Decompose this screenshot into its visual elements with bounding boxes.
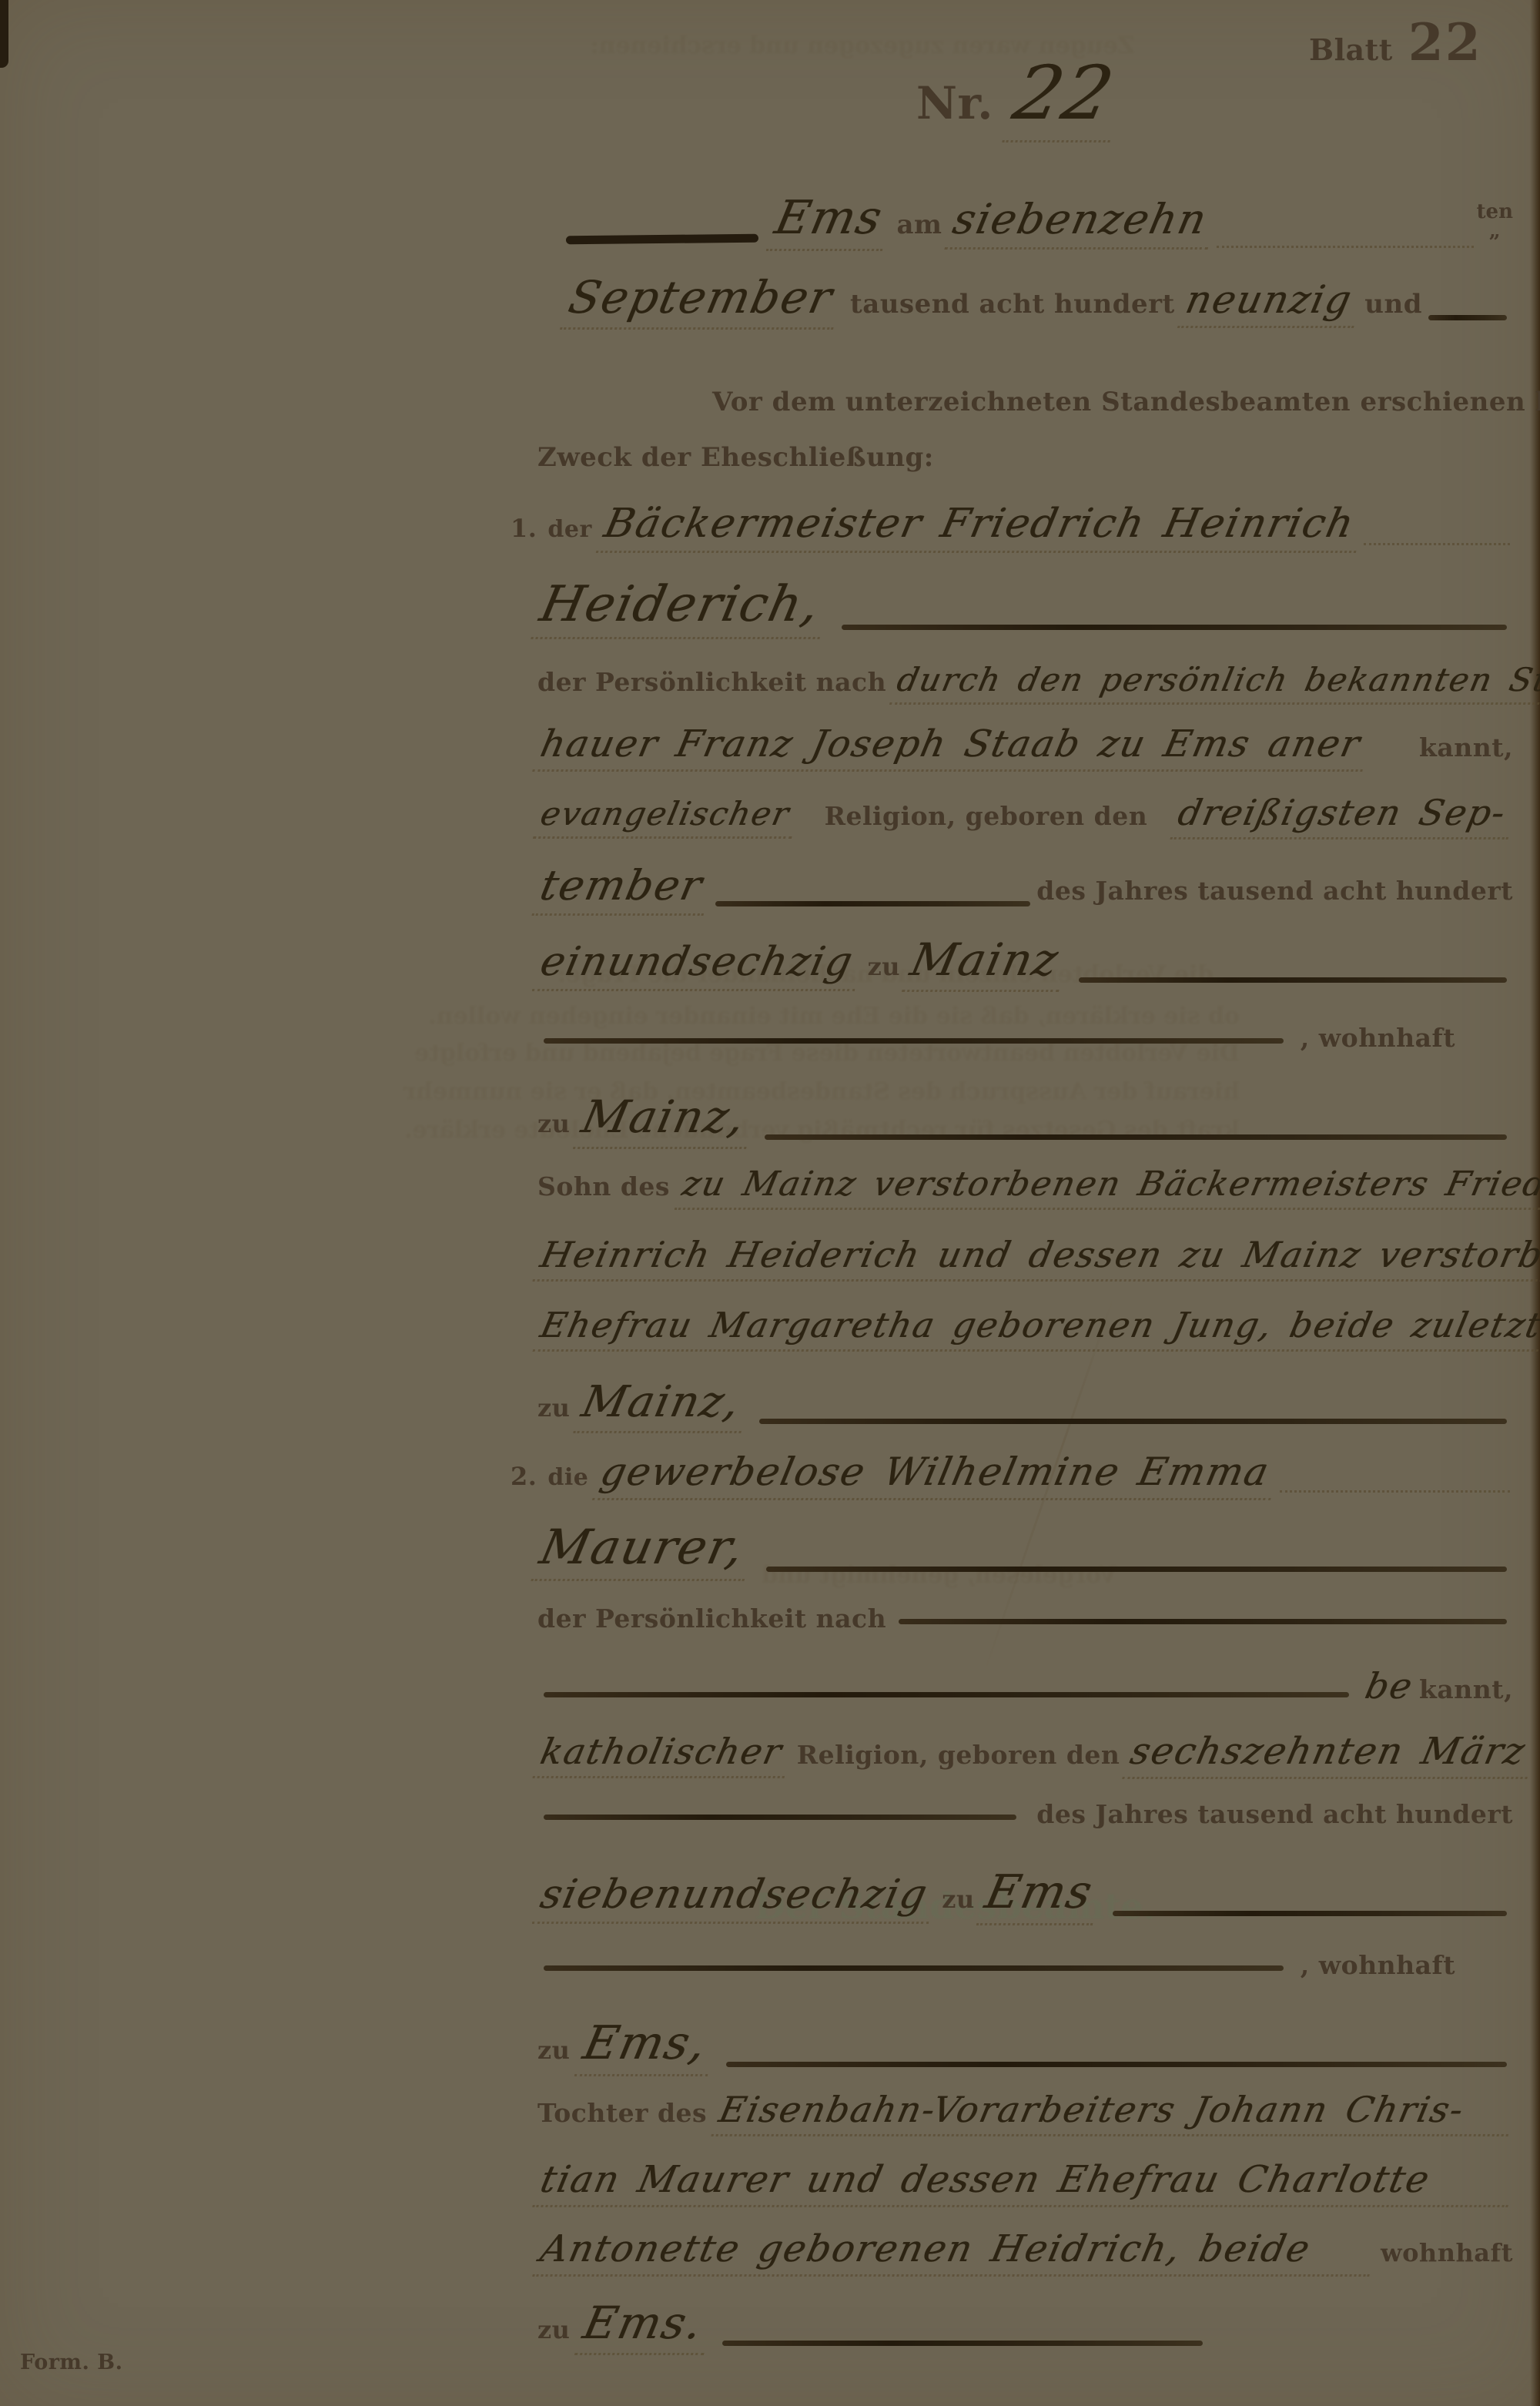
ink-fill-line bbox=[726, 2062, 1507, 2067]
groom-surname-line: Heiderich, bbox=[537, 576, 1513, 639]
bride-birth-place: Ems bbox=[976, 1865, 1105, 1925]
ink-fill-line bbox=[544, 1965, 1284, 1971]
zu-label: zu bbox=[942, 1885, 974, 1914]
bride-parents-text-3: Antonette geborenen Heidrich, beide bbox=[532, 2227, 1380, 2277]
wohnhaft-label: wohnhaft bbox=[1381, 2238, 1513, 2267]
groom-parents-text-2: Heinrich Heiderich und dessen zu Mainz v… bbox=[532, 1234, 1540, 1282]
ink-fill-line bbox=[544, 1038, 1284, 1044]
groom-identity-hand-2: hauer Franz Joseph Staab zu Ems aner bbox=[532, 722, 1372, 772]
identity-label: der Persönlichkeit nach bbox=[537, 667, 886, 697]
ink-fill-line bbox=[759, 1419, 1507, 1424]
kannt-label: kannt, bbox=[1419, 732, 1513, 762]
dotted-rule bbox=[1364, 543, 1510, 545]
year-label: des Jahres tausend acht hundert bbox=[1036, 876, 1513, 906]
opening-place-line: Ems am siebenzehn ten „ bbox=[566, 191, 1513, 256]
ink-fill-line bbox=[1079, 977, 1507, 983]
groom-wohnhaft-line: , wohnhaft bbox=[537, 1023, 1455, 1053]
am-label: am bbox=[896, 209, 942, 240]
record-number-line: Nr. 22 bbox=[916, 46, 1120, 142]
bride-residence: Ems, bbox=[574, 2016, 720, 2076]
ink-fill-line bbox=[899, 1619, 1507, 1624]
bride-parents-residence: Ems. bbox=[574, 2297, 716, 2355]
sheet-header: Blatt 22 bbox=[1309, 12, 1482, 72]
groom-religion-birth-line: evangelischer Religion, geboren den drei… bbox=[537, 792, 1513, 839]
zu-label: zu bbox=[537, 2036, 570, 2065]
ink-fill-line bbox=[544, 1815, 1016, 1820]
ink-fill-line bbox=[715, 901, 1030, 906]
groom-parents-text-3: Ehefrau Margaretha geborenen Jung, beide… bbox=[533, 1305, 1540, 1352]
religion-label: Religion, geboren den bbox=[825, 801, 1148, 831]
bride-identity-line-2: be kannt, bbox=[537, 1665, 1513, 1707]
year-label: des Jahres tausend acht hundert bbox=[1036, 1799, 1513, 1829]
zu-label: zu bbox=[868, 952, 900, 981]
intro-line-1: Vor dem unterzeichneten Standesbeamten e… bbox=[712, 387, 1513, 417]
intro-text-1: Vor dem unterzeichneten Standesbeamten e… bbox=[712, 387, 1540, 417]
year-decade-value: neunzig bbox=[1177, 277, 1364, 328]
bride-parents-line-3: Antonette geborenen Heidrich, beide wohn… bbox=[537, 2227, 1513, 2277]
groom-parents-line-3: Ehefrau Margaretha geborenen Jung, beide… bbox=[537, 1305, 1513, 1352]
groom-birth-place: Mainz bbox=[902, 933, 1072, 992]
bride-religion-birth-line: katholischer Religion, geboren den sechs… bbox=[537, 1730, 1513, 1779]
zu-label: zu bbox=[537, 1109, 570, 1138]
groom-occupation-names: Bäckermeister Friedrich Heinrich bbox=[596, 501, 1367, 553]
bride-religion: katholischer bbox=[532, 1731, 794, 1778]
registry-page: Zeugen waren zugezogen und erschienen: d… bbox=[0, 0, 1540, 2406]
bride-birth-year-place-line: siebenundsechzig zu Ems bbox=[537, 1865, 1513, 1925]
identity-label: der Persönlichkeit nach bbox=[537, 1603, 886, 1634]
record-number-label: Nr. bbox=[916, 77, 993, 129]
ink-fill-line bbox=[765, 1134, 1507, 1140]
month-value: September bbox=[560, 271, 845, 330]
dotted-rule bbox=[1280, 1490, 1510, 1493]
groom-identity-hand: durch den persönlich bekannten Stein- bbox=[889, 661, 1540, 705]
day-suffix: ten „ bbox=[1477, 203, 1513, 240]
groom-residence: Mainz, bbox=[573, 1091, 758, 1149]
groom-occupation-line: 1. der Bäckermeister Friedrich Heinrich bbox=[511, 501, 1513, 553]
day-value: siebenzehn bbox=[944, 195, 1219, 250]
ditto-mark: „ bbox=[1489, 222, 1501, 241]
ink-fill-line bbox=[766, 1567, 1507, 1572]
bride-index: 2. bbox=[511, 1462, 537, 1491]
groom-surname: Heiderich, bbox=[531, 576, 833, 639]
kannt-label: kannt, bbox=[1419, 1674, 1513, 1704]
bride-parents-residence-line: zu Ems. bbox=[537, 2297, 1209, 2355]
bride-occupation-line: 2. die gewerbelose Wilhelmine Emma bbox=[511, 1449, 1513, 1500]
groom-identity-line-2: hauer Franz Joseph Staab zu Ems aner kan… bbox=[537, 722, 1513, 772]
sheet-label: Blatt bbox=[1309, 32, 1393, 67]
bride-birth-year-label-line: des Jahres tausend acht hundert bbox=[537, 1799, 1513, 1829]
bride-article: die bbox=[547, 1464, 588, 1491]
groom-parents-line-2: Heinrich Heiderich und dessen zu Mainz v… bbox=[537, 1234, 1513, 1282]
bride-parents-line-1: Tochter des Eisenbahn-Vorarbeiters Johan… bbox=[537, 2089, 1513, 2136]
bride-wohnhaft-line: , wohnhaft bbox=[537, 1950, 1455, 1980]
opening-date-line: September tausend acht hundert neunzig u… bbox=[566, 271, 1513, 330]
groom-parents-text-1: zu Mainz verstorbenen Bäckermeisters Fri… bbox=[675, 1164, 1540, 1210]
groom-identity-line-1: der Persönlichkeit nach durch den persön… bbox=[537, 661, 1513, 705]
und-label: und bbox=[1364, 289, 1422, 320]
wohnhaft-label: , wohnhaft bbox=[1301, 1023, 1455, 1053]
religion-label: Religion, geboren den bbox=[797, 1740, 1120, 1770]
form-identifier: Form. B. bbox=[20, 2351, 123, 2374]
dotted-rule bbox=[1217, 246, 1474, 248]
groom-religion: evangelischer bbox=[533, 795, 801, 839]
year-words-label: tausend acht hundert bbox=[850, 289, 1175, 320]
intro-text-2: Zweck der Eheschließung: bbox=[537, 442, 934, 473]
bride-parents-line-2: tian Maurer und dessen Ehefrau Charlotte bbox=[537, 2158, 1513, 2207]
groom-birth-month-line: tember des Jahres tausend acht hundert bbox=[537, 861, 1513, 916]
groom-parents-line-1: Sohn des zu Mainz verstorbenen Bäckermei… bbox=[537, 1164, 1513, 1210]
ink-fill-line bbox=[722, 2341, 1203, 2346]
son-of-label: Sohn des bbox=[537, 1171, 670, 1201]
ink-strike-line bbox=[566, 234, 758, 245]
ink-fill-line bbox=[1428, 315, 1507, 320]
groom-article: der bbox=[547, 516, 591, 543]
form-identifier-text: Form. B. bbox=[20, 2351, 123, 2374]
bride-residence-line: zu Ems, bbox=[537, 2016, 1513, 2076]
groom-parents-residence-line: zu Mainz, bbox=[537, 1377, 1513, 1433]
groom-birth-day: dreißigsten Sep- bbox=[1170, 792, 1518, 839]
daughter-of-label: Tochter des bbox=[537, 2098, 707, 2128]
bride-surname: Maurer, bbox=[531, 1519, 757, 1581]
ink-fill-line bbox=[1113, 1911, 1507, 1916]
groom-birth-year-place-line: einundsechzig zu Mainz bbox=[537, 933, 1513, 992]
wohnhaft-label: , wohnhaft bbox=[1301, 1950, 1455, 1980]
groom-parents-residence: Mainz, bbox=[574, 1377, 754, 1433]
bride-surname-line: Maurer, bbox=[537, 1519, 1513, 1581]
sheet-number: 22 bbox=[1408, 12, 1482, 72]
zu-label: zu bbox=[537, 2315, 570, 2344]
ink-fill-line bbox=[544, 1692, 1349, 1697]
record-number-value: 22 bbox=[1002, 50, 1130, 142]
groom-index: 1. bbox=[511, 514, 537, 543]
bride-parents-text-2: tian Maurer und dessen Ehefrau Charlotte bbox=[532, 2158, 1518, 2207]
bride-occupation-names: gewerbelose Wilhelmine Emma bbox=[592, 1449, 1281, 1500]
groom-birth-year: einundsechzig bbox=[532, 939, 865, 991]
zu-label: zu bbox=[537, 1393, 570, 1422]
bride-birth-day: sechszehnten März bbox=[1123, 1730, 1538, 1779]
intro-line-2: Zweck der Eheschließung: bbox=[537, 442, 1513, 473]
binding-corner-mark bbox=[0, 0, 8, 68]
ink-fill-line bbox=[842, 625, 1507, 630]
bride-parents-text-1: Eisenbahn-Vorarbeiters Johann Chris- bbox=[711, 2089, 1518, 2136]
place-value: Ems bbox=[766, 191, 896, 251]
bride-identity-hand: be bbox=[1362, 1665, 1418, 1707]
bride-identity-line-1: der Persönlichkeit nach bbox=[537, 1603, 1513, 1634]
bride-birth-year: siebenundsechzig bbox=[532, 1872, 940, 1924]
groom-residence-line: zu Mainz, bbox=[537, 1091, 1513, 1149]
groom-birth-day-2: tember bbox=[531, 861, 715, 916]
day-suffix-text: ten bbox=[1477, 203, 1513, 222]
